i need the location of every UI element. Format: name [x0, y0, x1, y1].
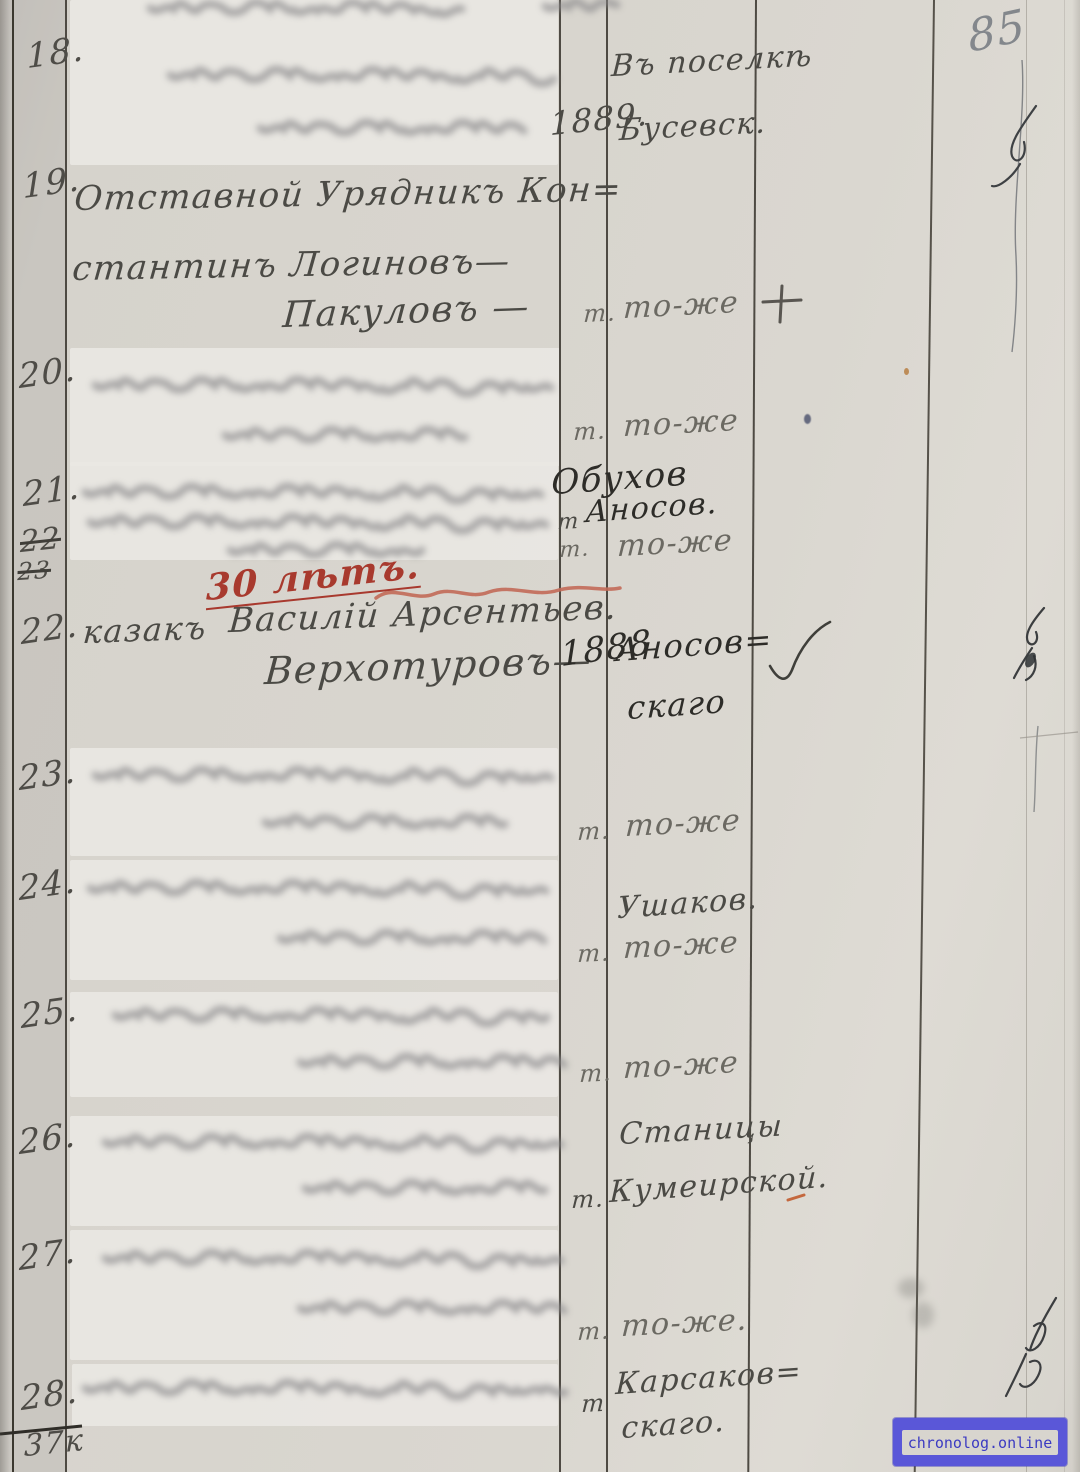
- row27-abbrev-t: т.: [577, 1318, 612, 1344]
- row19-same-as-above: то-же: [622, 288, 739, 324]
- paper-crease-faint: [1064, 0, 1065, 1472]
- blurred-entry-patch: [70, 748, 558, 856]
- row19-name-line1: Отставной Урядникъ Кон=: [73, 172, 624, 216]
- row26-place-line1: Станицы: [618, 1111, 784, 1150]
- bottom-left-note: 37к: [24, 1426, 84, 1462]
- row26-place-line2: Кумеирской.: [609, 1163, 829, 1208]
- ruled-line-empty-column: [747, 0, 756, 1472]
- left-page-edge-shadow: [0, 0, 10, 1472]
- row20-abbrev-t: т.: [573, 418, 608, 444]
- blurred-entry-patch: [70, 462, 558, 560]
- row-number-18: 18.: [26, 32, 85, 74]
- plus-mark: [760, 282, 804, 326]
- row28-abbrev-t: т: [581, 1391, 606, 1416]
- row25-abbrev-t: т.: [579, 1060, 614, 1086]
- ruled-line-place-column: [606, 0, 608, 1472]
- row-number-23-struck: 23: [17, 558, 51, 584]
- scanned-register-page: 18.Въ поселкѣ1889.Бусевск.19.Отставной У…: [0, 0, 1080, 1472]
- row18-place-line2: Бусевск.: [618, 108, 767, 146]
- gray-smudge: [912, 1302, 934, 1328]
- row19-abbrev-t: т.: [583, 300, 618, 326]
- row19-name-line3: Пакуловъ —: [281, 289, 531, 334]
- blurred-entry-patch: [70, 992, 558, 1097]
- row-number-23: 23.: [18, 754, 77, 796]
- row21-place: Аносов.: [585, 489, 719, 528]
- row28-place-line1: Карсаков=: [615, 1357, 803, 1400]
- row-number-26: 26.: [18, 1118, 77, 1160]
- chronolog-watermark[interactable]: chronolog.online: [893, 1418, 1067, 1466]
- checkmark: [766, 618, 834, 688]
- pencil-tick-vertical: [1030, 724, 1042, 816]
- blurred-entry-patch: [70, 348, 560, 466]
- row27-same-as-above: то-же.: [620, 1305, 748, 1342]
- gray-smudge: [898, 1278, 924, 1298]
- row-number-21: 21.: [22, 470, 81, 512]
- row21-abbrev-t: т: [557, 511, 581, 534]
- row-number-27: 27.: [18, 1234, 77, 1276]
- ink-scribble-bottom-right: [1000, 1292, 1064, 1402]
- row26-abbrev-t: т.: [571, 1186, 606, 1212]
- row20-same-as-above: то-же: [622, 406, 739, 442]
- row-number-22-struck: 22: [20, 524, 61, 558]
- row24-place: Ушаков.: [617, 884, 759, 924]
- watermark-label-box: chronolog.online: [902, 1430, 1059, 1455]
- ruled-line-right-margin: [914, 0, 935, 1472]
- row-number-28: 28.: [20, 1374, 79, 1416]
- blue-ink-blot: [804, 414, 811, 424]
- ink-scribble-top-right: [988, 100, 1044, 192]
- watermark-text: chronolog.online: [908, 1434, 1053, 1452]
- row-number-25: 25.: [20, 992, 79, 1034]
- row23-abbrev-t: т.: [577, 818, 612, 844]
- blurred-entry-patch: [70, 1116, 558, 1226]
- row22-rank: казакъ: [82, 612, 208, 648]
- row24-same-as-above: то-же: [622, 928, 739, 964]
- row22-place-line1: Аносов=: [615, 623, 773, 666]
- row25-same-as-above: то-же: [622, 1048, 739, 1084]
- blurred-entry-patch: [70, 1230, 558, 1360]
- pencil-line-horizontal: [1018, 728, 1080, 742]
- row-number-24: 24.: [18, 864, 77, 906]
- blurred-entry-patch: [70, 0, 558, 165]
- row24-abbrev-t: т.: [577, 940, 612, 966]
- row19-name-line2: стантинъ Логиновъ—: [71, 244, 512, 286]
- ruled-line-left-border: [12, 0, 14, 1472]
- row22-place-line2: скаго: [627, 685, 727, 724]
- paper-crease: [1026, 0, 1027, 1472]
- row-number-19: 19.: [22, 162, 81, 204]
- row22-surname: Верхотуровъ—: [263, 641, 593, 691]
- ink-scribble-mid-right: [1004, 604, 1050, 688]
- row-number-20: 20.: [18, 352, 77, 394]
- ruled-line-year-column: [559, 0, 561, 1472]
- blurred-entry-patch: [70, 860, 558, 980]
- page-number-pencil: 85: [966, 4, 1028, 60]
- right-page-edge-shadow: [1072, 0, 1080, 1472]
- orange-speck: [904, 368, 909, 375]
- row18-place-line1: Въ поселкѣ: [610, 41, 813, 82]
- row-number-22: 22.: [20, 608, 79, 650]
- row21b-same-as-above: то-же: [616, 526, 733, 562]
- row23-same-as-above: то-же: [624, 806, 741, 842]
- row28-place-line2: скаго.: [621, 1407, 726, 1444]
- blurred-entry-patch: [72, 1364, 558, 1426]
- row21b-abbrev-t: т.: [559, 538, 591, 562]
